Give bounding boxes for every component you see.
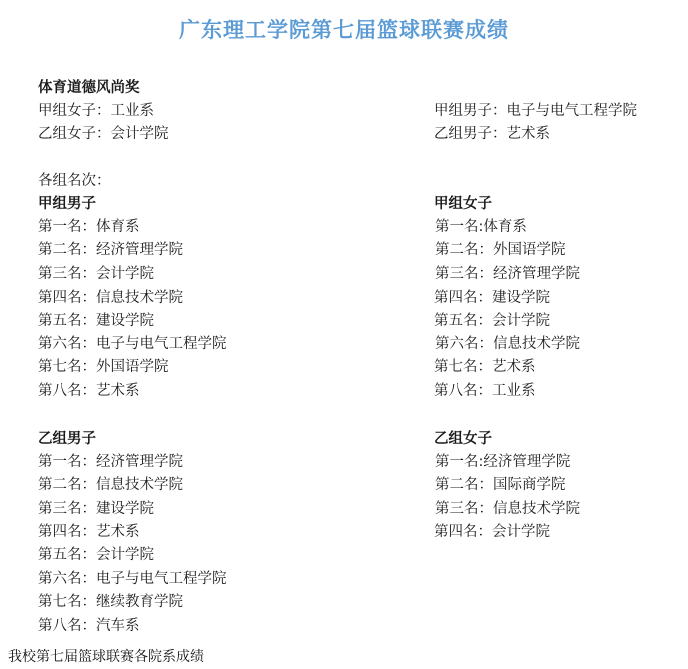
- rank-item: 第七名：外国语学院: [38, 357, 169, 377]
- sportsmanship-item: 甲组女子：工业系: [38, 101, 154, 121]
- rank-item: 第三名：会计学院: [38, 264, 154, 284]
- rank-item: 第六名：电子与电气工程学院: [38, 569, 227, 589]
- rankings-label: 各组名次：: [38, 171, 111, 191]
- rank-item: 第五名：会计学院: [38, 545, 154, 565]
- rank-item: 第二名：国际商学院: [435, 475, 566, 495]
- rank-item: 第四名：艺术系: [38, 522, 140, 542]
- rank-item: 第三名：经济管理学院: [435, 264, 580, 284]
- rank-item: 第五名：建设学院: [38, 311, 154, 331]
- rank-item: 第三名：信息技术学院: [435, 499, 580, 519]
- rank-item: 第五名：会计学院: [434, 311, 550, 331]
- sportsmanship-item: 乙组女子：会计学院: [38, 124, 169, 144]
- sportsmanship-item: 乙组男子：艺术系: [434, 124, 550, 144]
- rank-item: 第八名：工业系: [434, 381, 536, 401]
- rank-item: 第一名:体育系: [435, 217, 527, 237]
- rank-item: 第七名：继续教育学院: [38, 592, 183, 612]
- image-caption: 我校第七届篮球联赛各院系成绩: [8, 648, 204, 666]
- group-heading-b-men: 乙组男子: [38, 429, 96, 449]
- sportsmanship-heading: 体育道德风尚奖: [38, 78, 140, 98]
- rank-item: 第二名：经济管理学院: [38, 240, 183, 260]
- page-title: 广东理工学院第七届篮球联赛成绩: [0, 14, 688, 44]
- group-heading-b-women: 乙组女子: [434, 429, 492, 449]
- rank-item: 第八名：汽车系: [38, 616, 140, 636]
- group-heading-a-men: 甲组男子: [38, 194, 96, 214]
- rank-item: 第八名：艺术系: [38, 381, 140, 401]
- rank-item: 第一名：经济管理学院: [38, 452, 183, 472]
- rank-item: 第六名：电子与电气工程学院: [38, 334, 227, 354]
- rank-item: 第一名：体育系: [38, 217, 140, 237]
- rank-item: 第三名：建设学院: [38, 499, 154, 519]
- rank-item: 第四名：建设学院: [434, 288, 550, 308]
- rank-item: 第二名：外国语学院: [435, 240, 566, 260]
- rank-item: 第六名：信息技术学院: [435, 334, 580, 354]
- rank-item: 第二名：信息技术学院: [38, 475, 183, 495]
- group-heading-a-women: 甲组女子: [434, 194, 492, 214]
- sportsmanship-item: 甲组男子：电子与电气工程学院: [434, 101, 637, 121]
- rank-item: 第一名:经济管理学院: [435, 452, 570, 472]
- rank-item: 第四名：信息技术学院: [38, 288, 183, 308]
- rank-item: 第七名：艺术系: [434, 357, 536, 377]
- rank-item: 第四名：会计学院: [434, 522, 550, 542]
